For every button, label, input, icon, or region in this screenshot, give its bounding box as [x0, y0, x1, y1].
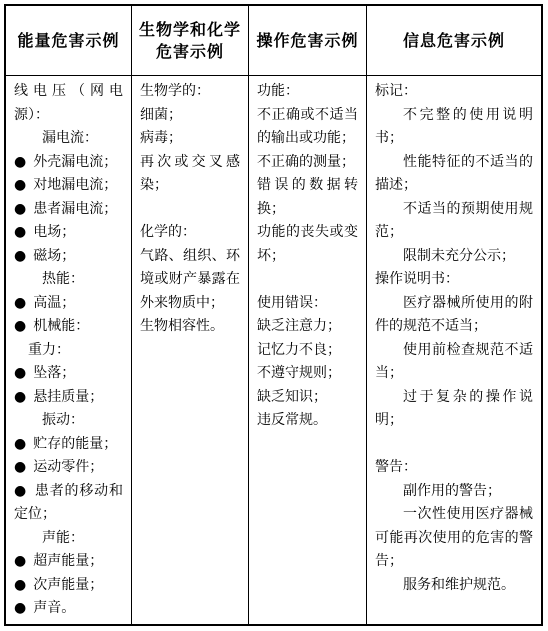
column-header-operation: 操作危害示例 — [249, 6, 366, 76]
bullet-list-item: ● 声音。 — [14, 597, 123, 621]
bullet-list-item: ● 运动零件； — [14, 456, 123, 480]
column-body-operation: 功能：不正确或不适当的输出或功能；不正确的测量；错误的数据转换；功能的丧失或变坏… — [249, 76, 366, 624]
bullet-list-item: ● 患者漏电流； — [14, 198, 123, 222]
bullet-list-item: ● 悬挂质量； — [14, 386, 123, 410]
column-header-bio-chemical: 生物学和化学 危害示例 — [132, 6, 248, 76]
cell-paragraph: 功能的丧失或变坏； — [257, 221, 358, 268]
bullet-list-item: ● 贮存的能量； — [14, 433, 123, 457]
cell-paragraph: 副作用的警告； — [375, 480, 533, 504]
cell-paragraph: 错误的数据转换； — [257, 174, 358, 221]
cell-paragraph: 线电压（网电源）： — [14, 80, 123, 127]
cell-paragraph: 服务和维护规范。 — [375, 574, 533, 598]
cell-paragraph: 记忆力不良； — [257, 339, 358, 363]
cell-paragraph: 病毒； — [140, 127, 240, 151]
cell-paragraph — [257, 268, 358, 292]
cell-paragraph: 限制未充分公示； — [375, 245, 533, 269]
cell-paragraph: 警告： — [375, 456, 533, 480]
bullet-list-item: ● 外壳漏电流； — [14, 151, 123, 175]
bullet-list-item: ● 次声能量； — [14, 574, 123, 598]
cell-paragraph: 性能特征的不适当的描述； — [375, 151, 533, 198]
cell-paragraph: 重力： — [14, 339, 123, 363]
cell-paragraph: 再次或交叉感染； — [140, 151, 240, 198]
cell-paragraph: 一次性使用医疗器械可能再次使用的危害的警告； — [375, 503, 533, 574]
bullet-list-item: ● 对地漏电流； — [14, 174, 123, 198]
column-header-information: 信息危害示例 — [367, 6, 541, 76]
cell-paragraph: 操作说明书： — [375, 268, 533, 292]
cell-paragraph: 化学的： — [140, 221, 240, 245]
column-body-energy: 线电压（网电源）：漏电流：● 外壳漏电流；● 对地漏电流；● 患者漏电流；● 电… — [6, 76, 131, 624]
table-column-bio-chemical: 生物学和化学 危害示例 生物学的：细菌；病毒；再次或交叉感染；化学的：气路、组织… — [132, 6, 249, 624]
bullet-list-item: ● 超声能量； — [14, 550, 123, 574]
cell-paragraph: 振动： — [14, 409, 123, 433]
bullet-list-item: ● 患者的移动和定位； — [14, 480, 123, 527]
cell-paragraph: 细菌； — [140, 104, 240, 128]
cell-paragraph: 不完整的使用说明书； — [375, 104, 533, 151]
cell-paragraph: 缺乏注意力； — [257, 315, 358, 339]
cell-paragraph: 使用错误： — [257, 292, 358, 316]
cell-paragraph: 不适当的预期使用规范； — [375, 198, 533, 245]
bullet-list-item: ● 磁场； — [14, 245, 123, 269]
cell-paragraph: 生物学的： — [140, 80, 240, 104]
table-column-information: 信息危害示例 标记：不完整的使用说明书；性能特征的不适当的描述；不适当的预期使用… — [367, 6, 541, 624]
cell-paragraph: 标记： — [375, 80, 533, 104]
column-header-energy: 能量危害示例 — [6, 6, 131, 76]
cell-paragraph: 漏电流： — [14, 127, 123, 151]
bullet-list-item: ● 机械能： — [14, 315, 123, 339]
column-body-bio-chemical: 生物学的：细菌；病毒；再次或交叉感染；化学的：气路、组织、环境或财产暴露在外来物… — [132, 76, 248, 624]
cell-paragraph — [140, 198, 240, 222]
cell-paragraph: 不正确的测量； — [257, 151, 358, 175]
hazard-examples-table: 能量危害示例 线电压（网电源）：漏电流：● 外壳漏电流；● 对地漏电流；● 患者… — [4, 4, 543, 626]
cell-paragraph: 声能： — [14, 527, 123, 551]
cell-paragraph: 生物相容性。 — [140, 315, 240, 339]
bullet-list-item: ● 电场； — [14, 221, 123, 245]
cell-paragraph: 气路、组织、环境或财产暴露在外来物质中； — [140, 245, 240, 316]
bullet-list-item: ● 高温； — [14, 292, 123, 316]
cell-paragraph: 医疗器械所使用的附件的规范不适当； — [375, 292, 533, 339]
cell-paragraph — [375, 433, 533, 457]
table-column-energy: 能量危害示例 线电压（网电源）：漏电流：● 外壳漏电流；● 对地漏电流；● 患者… — [6, 6, 132, 624]
cell-paragraph: 不正确或不适当的输出或功能； — [257, 104, 358, 151]
column-body-information: 标记：不完整的使用说明书；性能特征的不适当的描述；不适当的预期使用规范；限制未充… — [367, 76, 541, 624]
table-column-operation: 操作危害示例 功能：不正确或不适当的输出或功能；不正确的测量；错误的数据转换；功… — [249, 6, 367, 624]
cell-paragraph: 热能： — [14, 268, 123, 292]
cell-paragraph: 过于复杂的操作说明； — [375, 386, 533, 433]
bullet-list-item: ● 坠落； — [14, 362, 123, 386]
cell-paragraph: 功能： — [257, 80, 358, 104]
cell-paragraph: 违反常规。 — [257, 409, 358, 433]
cell-paragraph: 使用前检查规范不适当； — [375, 339, 533, 386]
cell-paragraph: 不遵守规则； — [257, 362, 358, 386]
cell-paragraph: 缺乏知识； — [257, 386, 358, 410]
